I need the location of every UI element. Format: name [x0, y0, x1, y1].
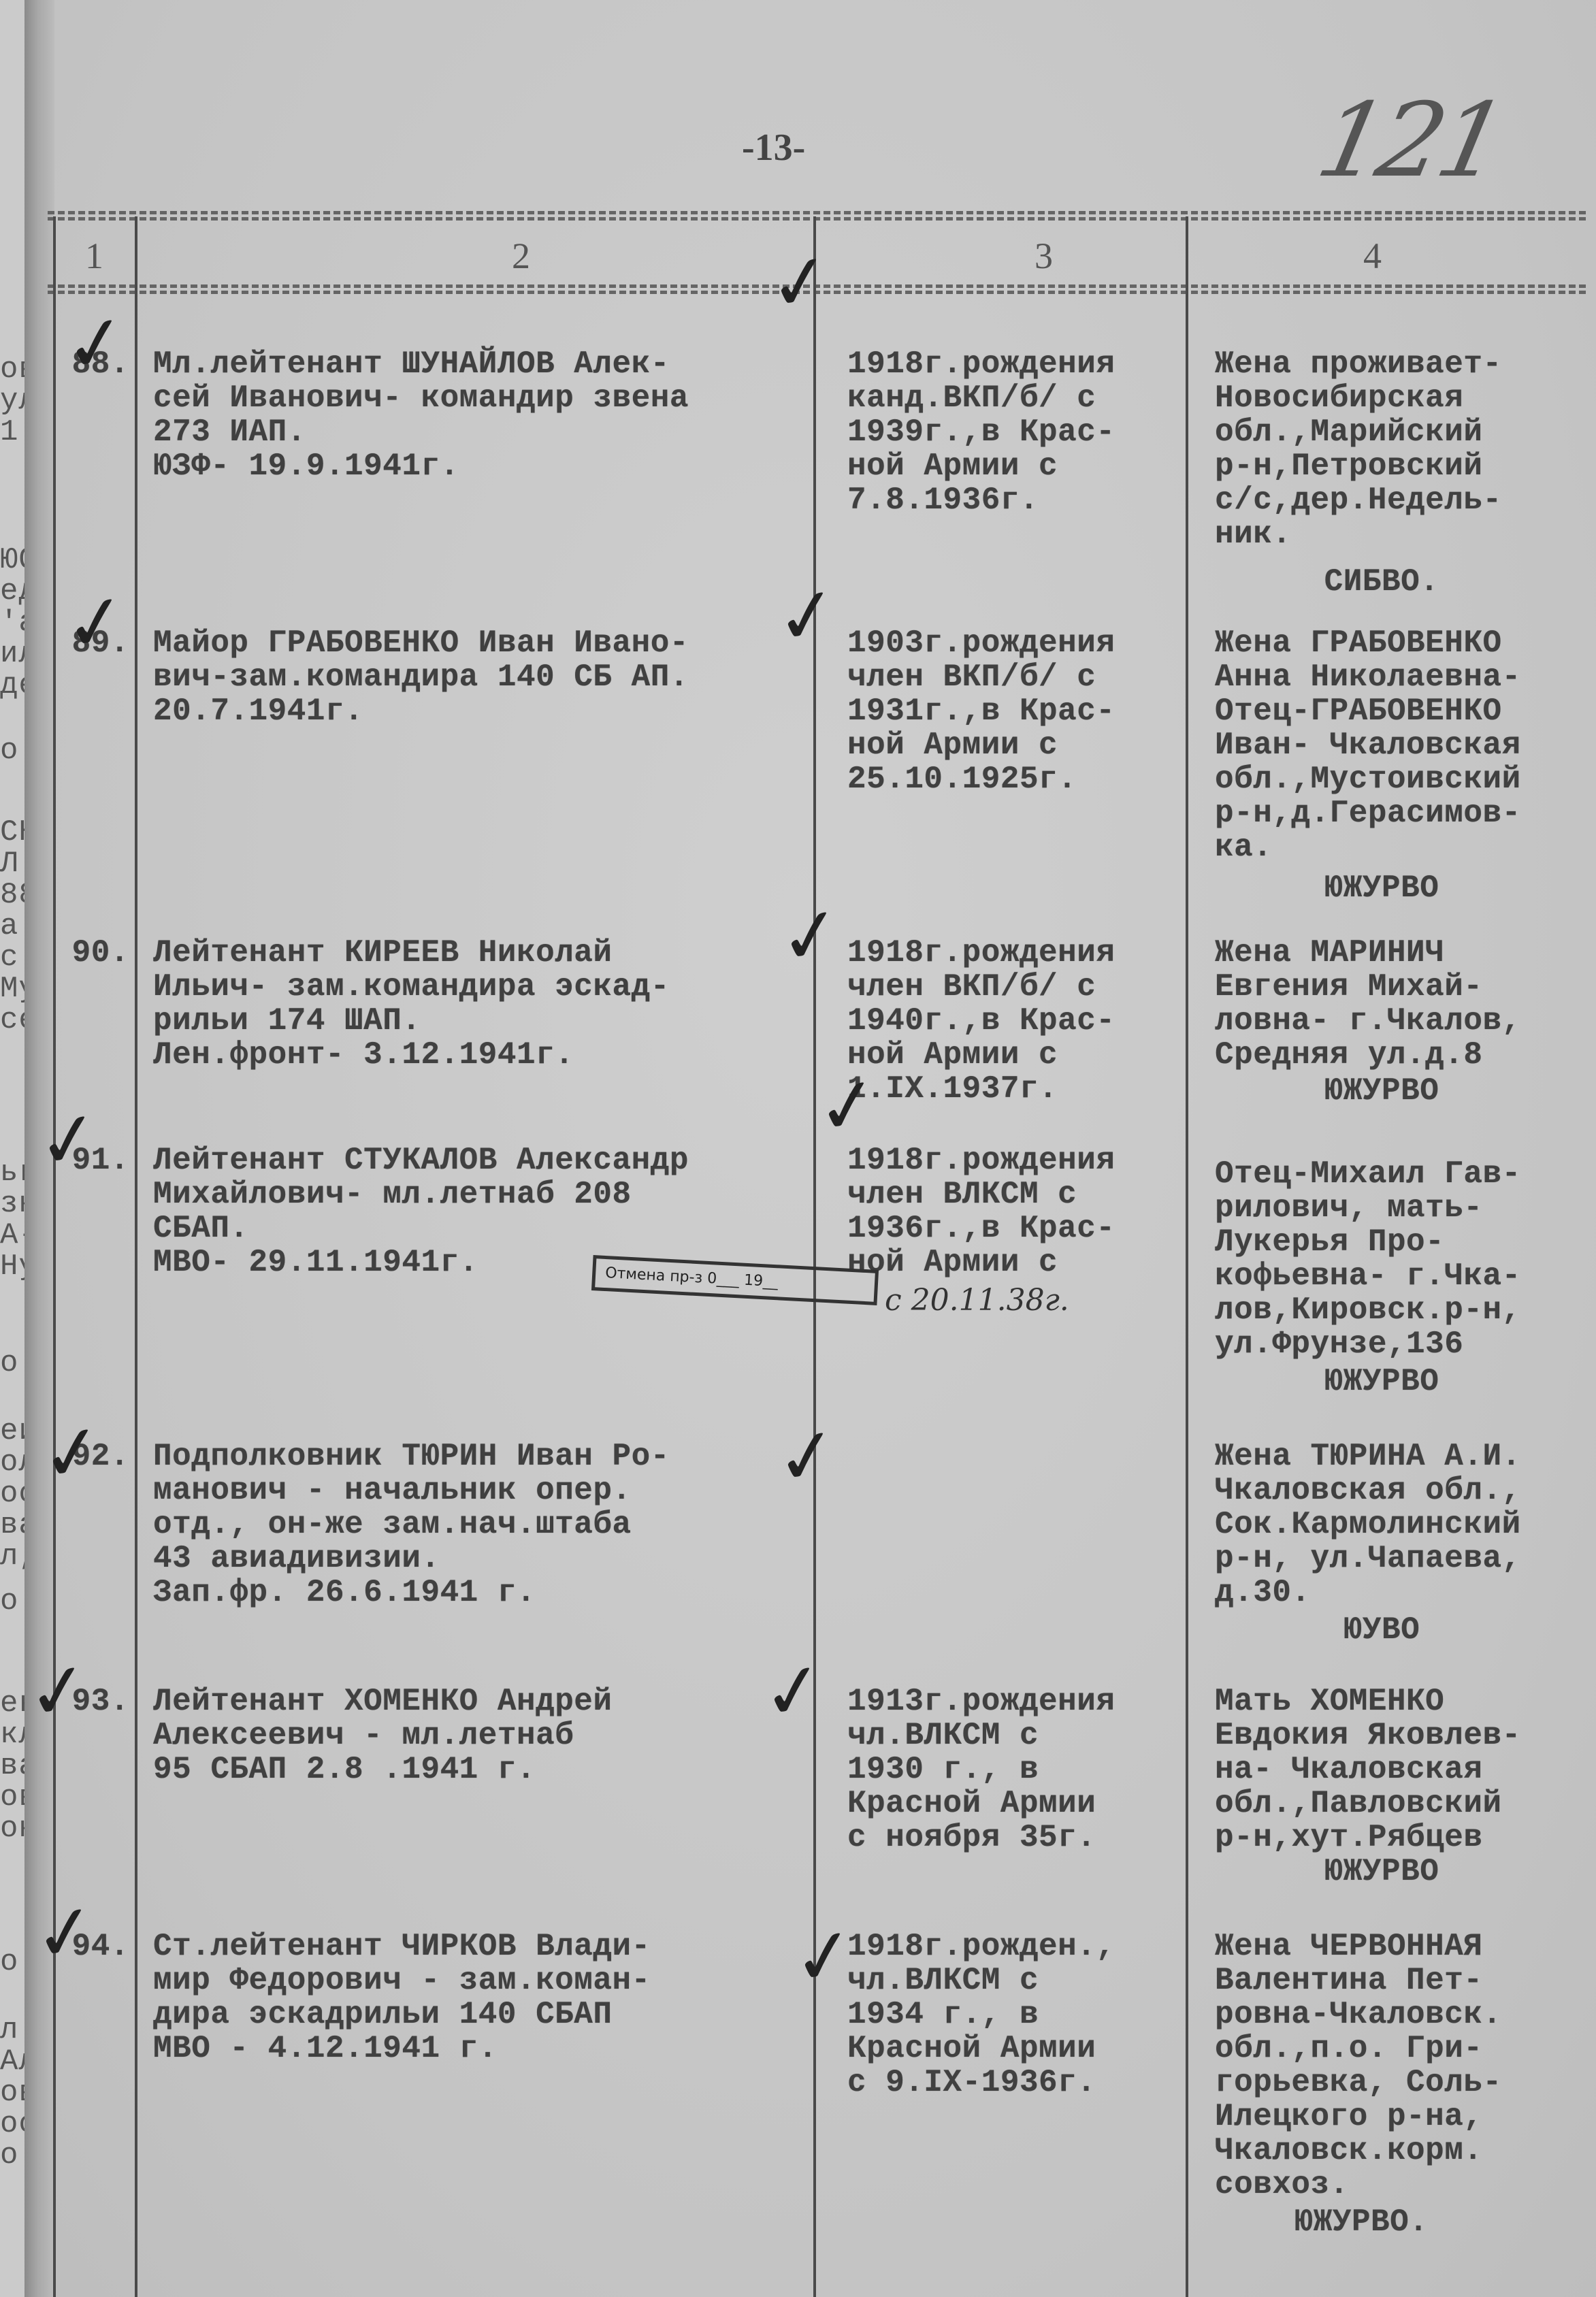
fragment: ьга — [0, 1157, 25, 1188]
fragment: а. — [0, 911, 25, 942]
service-details: 1918г.рождения член ВКП/б/ с 1940г.,в Кр… — [847, 936, 1115, 1106]
relatives-address: Жена ЧЕРВОННАЯ Валентина Пет- ровна-Чкал… — [1215, 1929, 1502, 2202]
military-district: ЮУВО — [1280, 1613, 1484, 1647]
fragment: с — [0, 942, 18, 973]
checkmark-icon: ✓ — [36, 1412, 109, 1495]
column-header-4: 4 — [1363, 235, 1382, 277]
military-district: ЮЖУРВО — [1280, 1855, 1484, 1889]
relatives-address: Отец-Михаил Гав- рилович, мать- Лукерья … — [1215, 1157, 1521, 1361]
fragment: ул — [0, 385, 25, 417]
cancellation-stamp: Отмена пр-з 0___ 19__ — [591, 1255, 879, 1305]
military-district: ЮЖУРВО — [1280, 871, 1484, 905]
fragment: ол — [0, 1447, 25, 1478]
fragment: л, — [0, 1541, 25, 1572]
fragment: о. — [0, 1348, 25, 1379]
fragment: Л — [0, 848, 18, 879]
fragment: ва — [0, 1510, 25, 1541]
military-district: ЮЖУРВО. — [1259, 2205, 1463, 2239]
service-details: 1918г.рожден., чл.ВЛКСМ с 1934 г., в Кра… — [847, 1929, 1115, 2100]
fragment: ЮО — [0, 544, 25, 576]
fragment: ово — [0, 2077, 25, 2108]
column-divider — [53, 216, 56, 2297]
handwritten-folio-number: 121 — [1308, 82, 1512, 200]
person-details: Подполковник ТЮРИН Иван Ро- манович - на… — [153, 1439, 670, 1610]
fragment: о. — [0, 1586, 25, 1617]
relatives-address: Жена ТЮРИНА А.И. Чкаловская обл., Сок.Ка… — [1215, 1439, 1521, 1610]
military-district: СИБВО. — [1280, 565, 1484, 599]
checkmark-icon: ✓ — [812, 1064, 885, 1147]
checkmark-icon: ✓ — [775, 894, 847, 977]
handwritten-date-note: с 20.11.38г. — [885, 1283, 1069, 1318]
checkmark-icon: ✓ — [60, 302, 133, 385]
row-number: 90. — [54, 936, 129, 970]
fragment: еи — [0, 1416, 25, 1447]
service-details: 1918г.рождения канд.ВКП/б/ с 1939г.,в Кр… — [847, 347, 1115, 517]
fragment: А- — [0, 1220, 25, 1251]
fragment: 'а — [0, 607, 25, 638]
checkmark-icon: ✓ — [60, 581, 133, 664]
fragment: о. — [0, 2140, 25, 2171]
document-page: ов ул 1. ЮО едо 'а илл дед о. СН Л 88 а.… — [0, 0, 1596, 2297]
military-district: ЮЖУРВО — [1280, 1074, 1484, 1108]
fragment: зна — [0, 1188, 25, 1220]
fragment: Ну — [0, 1251, 25, 1282]
checkmark-icon: ✓ — [29, 1891, 102, 1974]
fragment: едо — [0, 576, 25, 607]
adjacent-page-edge: ов ул 1. ЮО едо 'а илл дед о. СН Л 88 а.… — [0, 0, 25, 2297]
person-details: Мл.лейтенант ШУНАЙЛОВ Алек- сей Иванович… — [153, 347, 689, 483]
relatives-address: Жена МАРИНИЧ Евгения Михай- ловна- г.Чка… — [1215, 936, 1521, 1072]
fragment: 1. — [0, 417, 25, 448]
person-details: Лейтенант КИРЕЕВ Николай Ильич- зам.кома… — [153, 936, 670, 1072]
person-details: Майор ГРАБОВЕНКО Иван Ивано- вич-зам.ком… — [153, 626, 689, 728]
checkmark-icon: ✓ — [771, 574, 844, 657]
fragment: ва — [0, 1750, 25, 1782]
checkmark-icon: ✓ — [764, 241, 837, 324]
fragment: ос — [0, 2108, 25, 2140]
column-divider — [1186, 216, 1188, 2297]
fragment: СН — [0, 817, 25, 848]
column-header-3: 3 — [1035, 235, 1053, 277]
fragment: л. — [0, 2015, 25, 2046]
person-details: Ст.лейтенант ЧИРКОВ Влади- мир Федорович… — [153, 1929, 651, 2066]
checkmark-icon: ✓ — [22, 1650, 95, 1733]
fragment: 88 — [0, 879, 25, 911]
fragment: се — [0, 1005, 25, 1036]
service-details: 1913г.рождения чл.ВЛКСМ с 1930 г., в Кра… — [847, 1684, 1115, 1855]
checkmark-icon: ✓ — [33, 1098, 105, 1182]
column-header-1: 1 — [85, 235, 103, 277]
fragment: еко — [0, 1688, 25, 1719]
relatives-address: Жена ГРАБОВЕНКО Анна Николаевна- Отец-ГР… — [1215, 626, 1521, 864]
military-district: ЮЖУРВО — [1280, 1365, 1484, 1399]
fragment: он — [0, 1813, 25, 1844]
checkmark-icon: ✓ — [771, 1415, 844, 1498]
fragment: о. — [0, 735, 25, 766]
fragment: кло — [0, 1719, 25, 1750]
fragment: илл — [0, 638, 25, 670]
relatives-address: Жена проживает- Новосибирская обл.,Марий… — [1215, 347, 1502, 551]
fragment: о. — [0, 1946, 25, 1978]
service-details: 1903г.рождения член ВКП/б/ с 1931г.,в Кр… — [847, 626, 1115, 796]
fragment: Мул — [0, 973, 25, 1005]
fragment: ов — [0, 354, 25, 385]
fragment: дед — [0, 670, 25, 701]
person-details: Лейтенант ХОМЕНКО Андрей Алексеевич - мл… — [153, 1684, 613, 1787]
column-header-2: 2 — [512, 235, 530, 277]
checkmark-icon: ✓ — [758, 1650, 830, 1733]
checkmark-icon: ✓ — [788, 1915, 861, 1998]
fragment: ово — [0, 1782, 25, 1813]
service-details: 1918г.рождения член ВЛКСМ с 1936г.,в Кра… — [847, 1143, 1115, 1280]
column-divider — [135, 216, 137, 2297]
fragment: ос — [0, 1478, 25, 1510]
page-number: -13- — [742, 126, 805, 169]
header-top-rule — [48, 211, 1586, 221]
relatives-address: Мать ХОМЕНКО Евдокия Яковлев- на- Чкалов… — [1215, 1684, 1521, 1855]
fragment: Ал — [0, 2046, 25, 2077]
